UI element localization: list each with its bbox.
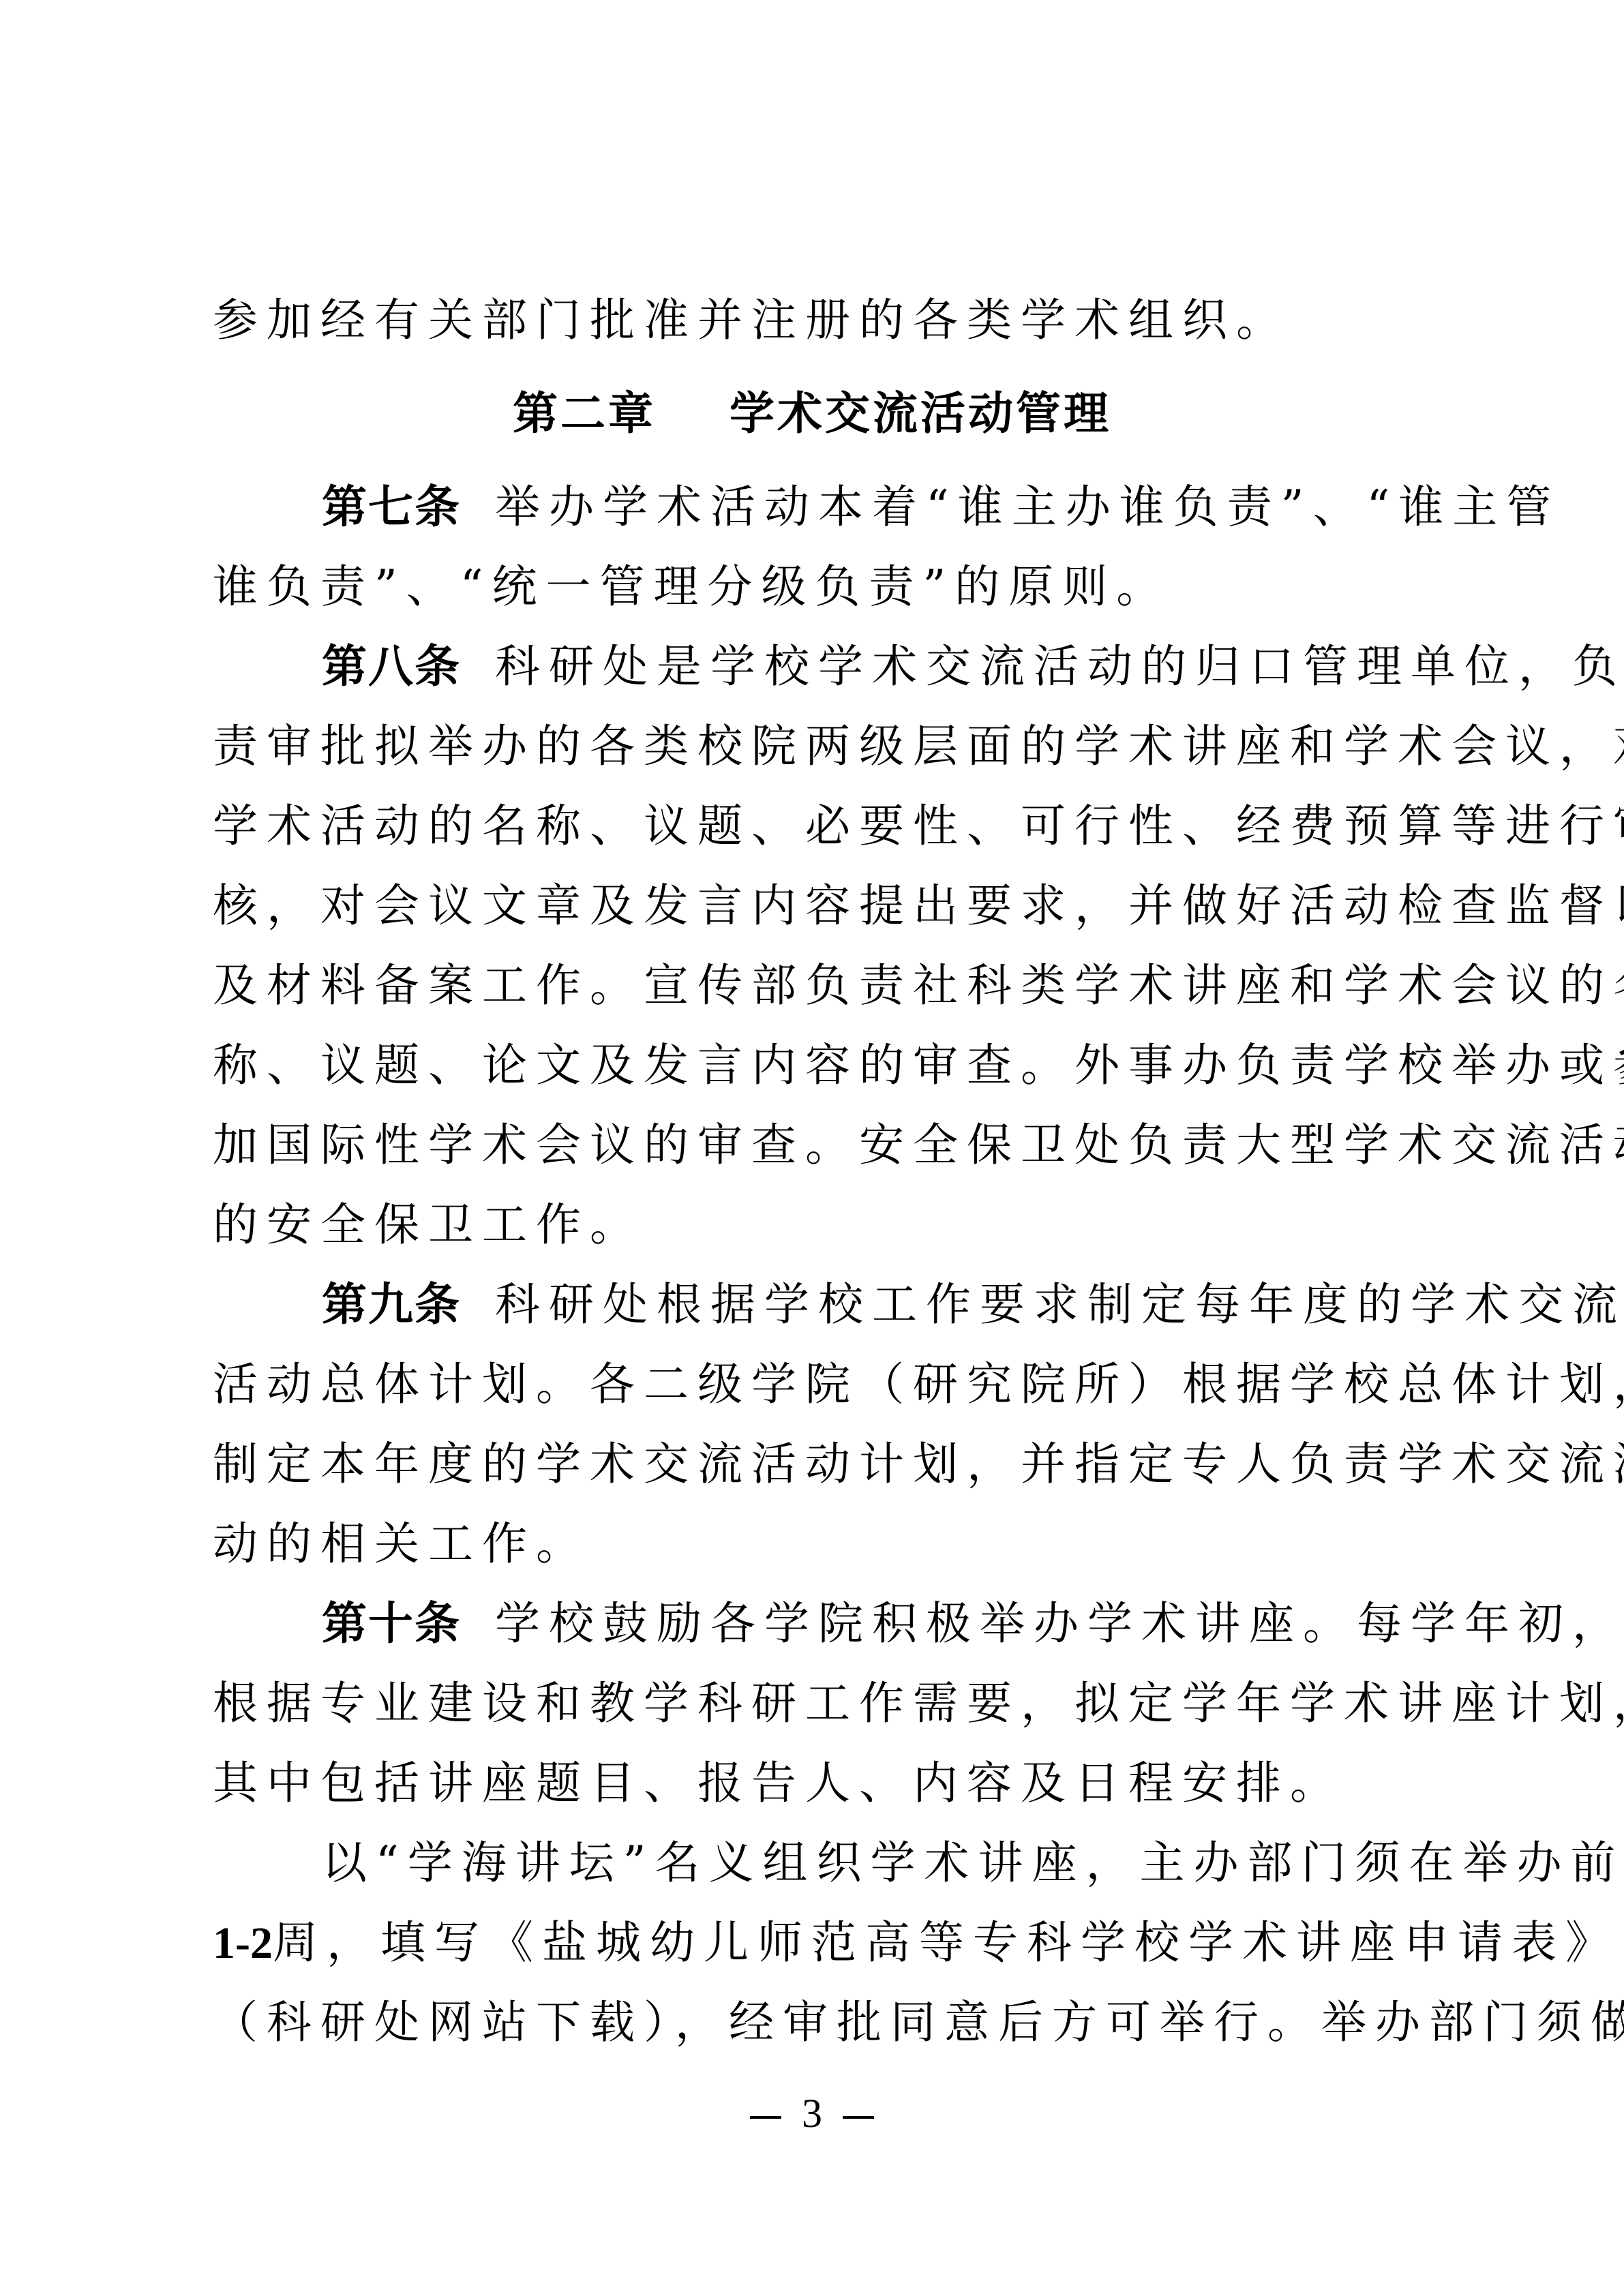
line-text: 根据专业建设和教学科研工作需要，拟定学年学术讲座计划， xyxy=(213,1677,1624,1729)
chapter-number: 第二章 xyxy=(513,387,656,440)
paragraph-line: 参加经有关部门批准并注册的各类学术组织。 xyxy=(213,286,1426,354)
paragraph-line: 学术活动的名称、议题、必要性、可行性、经费预算等进行审 xyxy=(213,792,1426,860)
line-text: 称、议题、论文及发言内容的审查。外事办负责学校举办或参 xyxy=(213,1039,1624,1091)
page-footer: 3 xyxy=(0,2086,1624,2141)
line-text: 举办学术活动本着“谁主办谁负责”、“谁主管 xyxy=(495,481,1560,533)
line-text: 以“学海讲坛”名义组织学术讲座，主办部门须在举办前 xyxy=(322,1837,1624,1889)
line-text: 科研处根据学校工作要求制定每年度的学术交流 xyxy=(495,1278,1624,1331)
paragraph-line: 的安全保卫工作。 xyxy=(213,1191,1426,1259)
article-seven-line: 第七条举办学术活动本着“谁主办谁负责”、“谁主管 xyxy=(322,473,1535,541)
paragraph-line: 以“学海讲坛”名义组织学术讲座，主办部门须在举办前 xyxy=(322,1829,1535,1897)
paragraph-line: 责审批拟举办的各类校院两级层面的学术讲座和学术会议，对 xyxy=(213,712,1426,781)
line-text: 学术活动的名称、议题、必要性、可行性、经费预算等进行审 xyxy=(213,800,1624,852)
document-page: 参加经有关部门批准并注册的各类学术组织。 第二章 学术交流活动管理 第七条举办学… xyxy=(0,0,1624,2296)
paragraph-line: 加国际性学术会议的审查。安全保卫处负责大型学术交流活动 xyxy=(213,1111,1426,1179)
article-label: 第七条 xyxy=(322,481,461,533)
chapter-title: 学术交流活动管理 xyxy=(730,387,1111,440)
paragraph-line: 1-2周，填写《盐城幼儿师范高等专科学校学术讲座申请表》 xyxy=(213,1909,1426,1977)
line-text: 的安全保卫工作。 xyxy=(213,1198,644,1251)
paragraph-line: 谁负责”、“统一管理分级负责”的原则。 xyxy=(213,553,1426,621)
line-text: 周，填写《盐城幼儿师范高等专科学校学术讲座申请表》 xyxy=(273,1916,1619,1969)
line-text: 科研处是学校学术交流活动的归口管理单位，负 xyxy=(495,640,1624,693)
paragraph-line: 其中包括讲座题目、报告人、内容及日程安排。 xyxy=(213,1749,1426,1817)
page-number: 3 xyxy=(802,2091,822,2136)
dash-left xyxy=(750,2116,781,2119)
line-text: 活动总体计划。各二级学院（研究院所）根据学校总体计划， xyxy=(213,1358,1624,1410)
paragraph-line: 核，对会议文章及发言内容提出要求，并做好活动检查监督以 xyxy=(213,872,1426,940)
line-text: 其中包括讲座题目、报告人、内容及日程安排。 xyxy=(213,1757,1344,1809)
article-eight-line: 第八条科研处是学校学术交流活动的归口管理单位，负 xyxy=(322,633,1535,701)
paragraph-line: （科研处网站下载），经审批同意后方可举行。举办部门须做 xyxy=(213,1989,1426,2057)
line-text: （科研处网站下载），经审批同意后方可举行。举办部门须做 xyxy=(213,1996,1624,2049)
paragraph-line: 动的相关工作。 xyxy=(213,1510,1426,1578)
week-range: 1-2 xyxy=(213,1918,273,1968)
line-text: 核，对会议文章及发言内容提出要求，并做好活动检查监督以 xyxy=(213,879,1624,932)
line-text: 制定本年度的学术交流活动计划，并指定专人负责学术交流活 xyxy=(213,1438,1624,1490)
line-text: 学校鼓励各学院积极举办学术讲座。每学年初， xyxy=(495,1597,1624,1650)
line-text: 责审批拟举办的各类校院两级层面的学术讲座和学术会议，对 xyxy=(213,720,1624,772)
article-label: 第八条 xyxy=(322,640,461,693)
article-nine-line: 第九条科研处根据学校工作要求制定每年度的学术交流 xyxy=(322,1271,1535,1339)
chapter-heading: 第二章 学术交流活动管理 xyxy=(0,380,1624,448)
line-text: 及材料备案工作。宣传部负责社科类学术讲座和学术会议的名 xyxy=(213,959,1624,1012)
paragraph-line: 活动总体计划。各二级学院（研究院所）根据学校总体计划， xyxy=(213,1350,1426,1419)
article-label: 第九条 xyxy=(322,1278,461,1331)
line-text: 谁负责”、“统一管理分级负责”的原则。 xyxy=(213,560,1170,613)
paragraph-line: 称、议题、论文及发言内容的审查。外事办负责学校举办或参 xyxy=(213,1031,1426,1100)
paragraph-line: 制定本年度的学术交流活动计划，并指定专人负责学术交流活 xyxy=(213,1430,1426,1498)
article-ten-line: 第十条学校鼓励各学院积极举办学术讲座。每学年初， xyxy=(322,1590,1535,1658)
line-text: 参加经有关部门批准并注册的各类学术组织。 xyxy=(213,294,1290,346)
paragraph-line: 根据专业建设和教学科研工作需要，拟定学年学术讲座计划， xyxy=(213,1670,1426,1738)
line-text: 动的相关工作。 xyxy=(213,1517,590,1570)
article-label: 第十条 xyxy=(322,1597,461,1650)
dash-right xyxy=(843,2116,874,2119)
paragraph-line: 及材料备案工作。宣传部负责社科类学术讲座和学术会议的名 xyxy=(213,952,1426,1020)
line-text: 加国际性学术会议的审查。安全保卫处负责大型学术交流活动 xyxy=(213,1119,1624,1171)
